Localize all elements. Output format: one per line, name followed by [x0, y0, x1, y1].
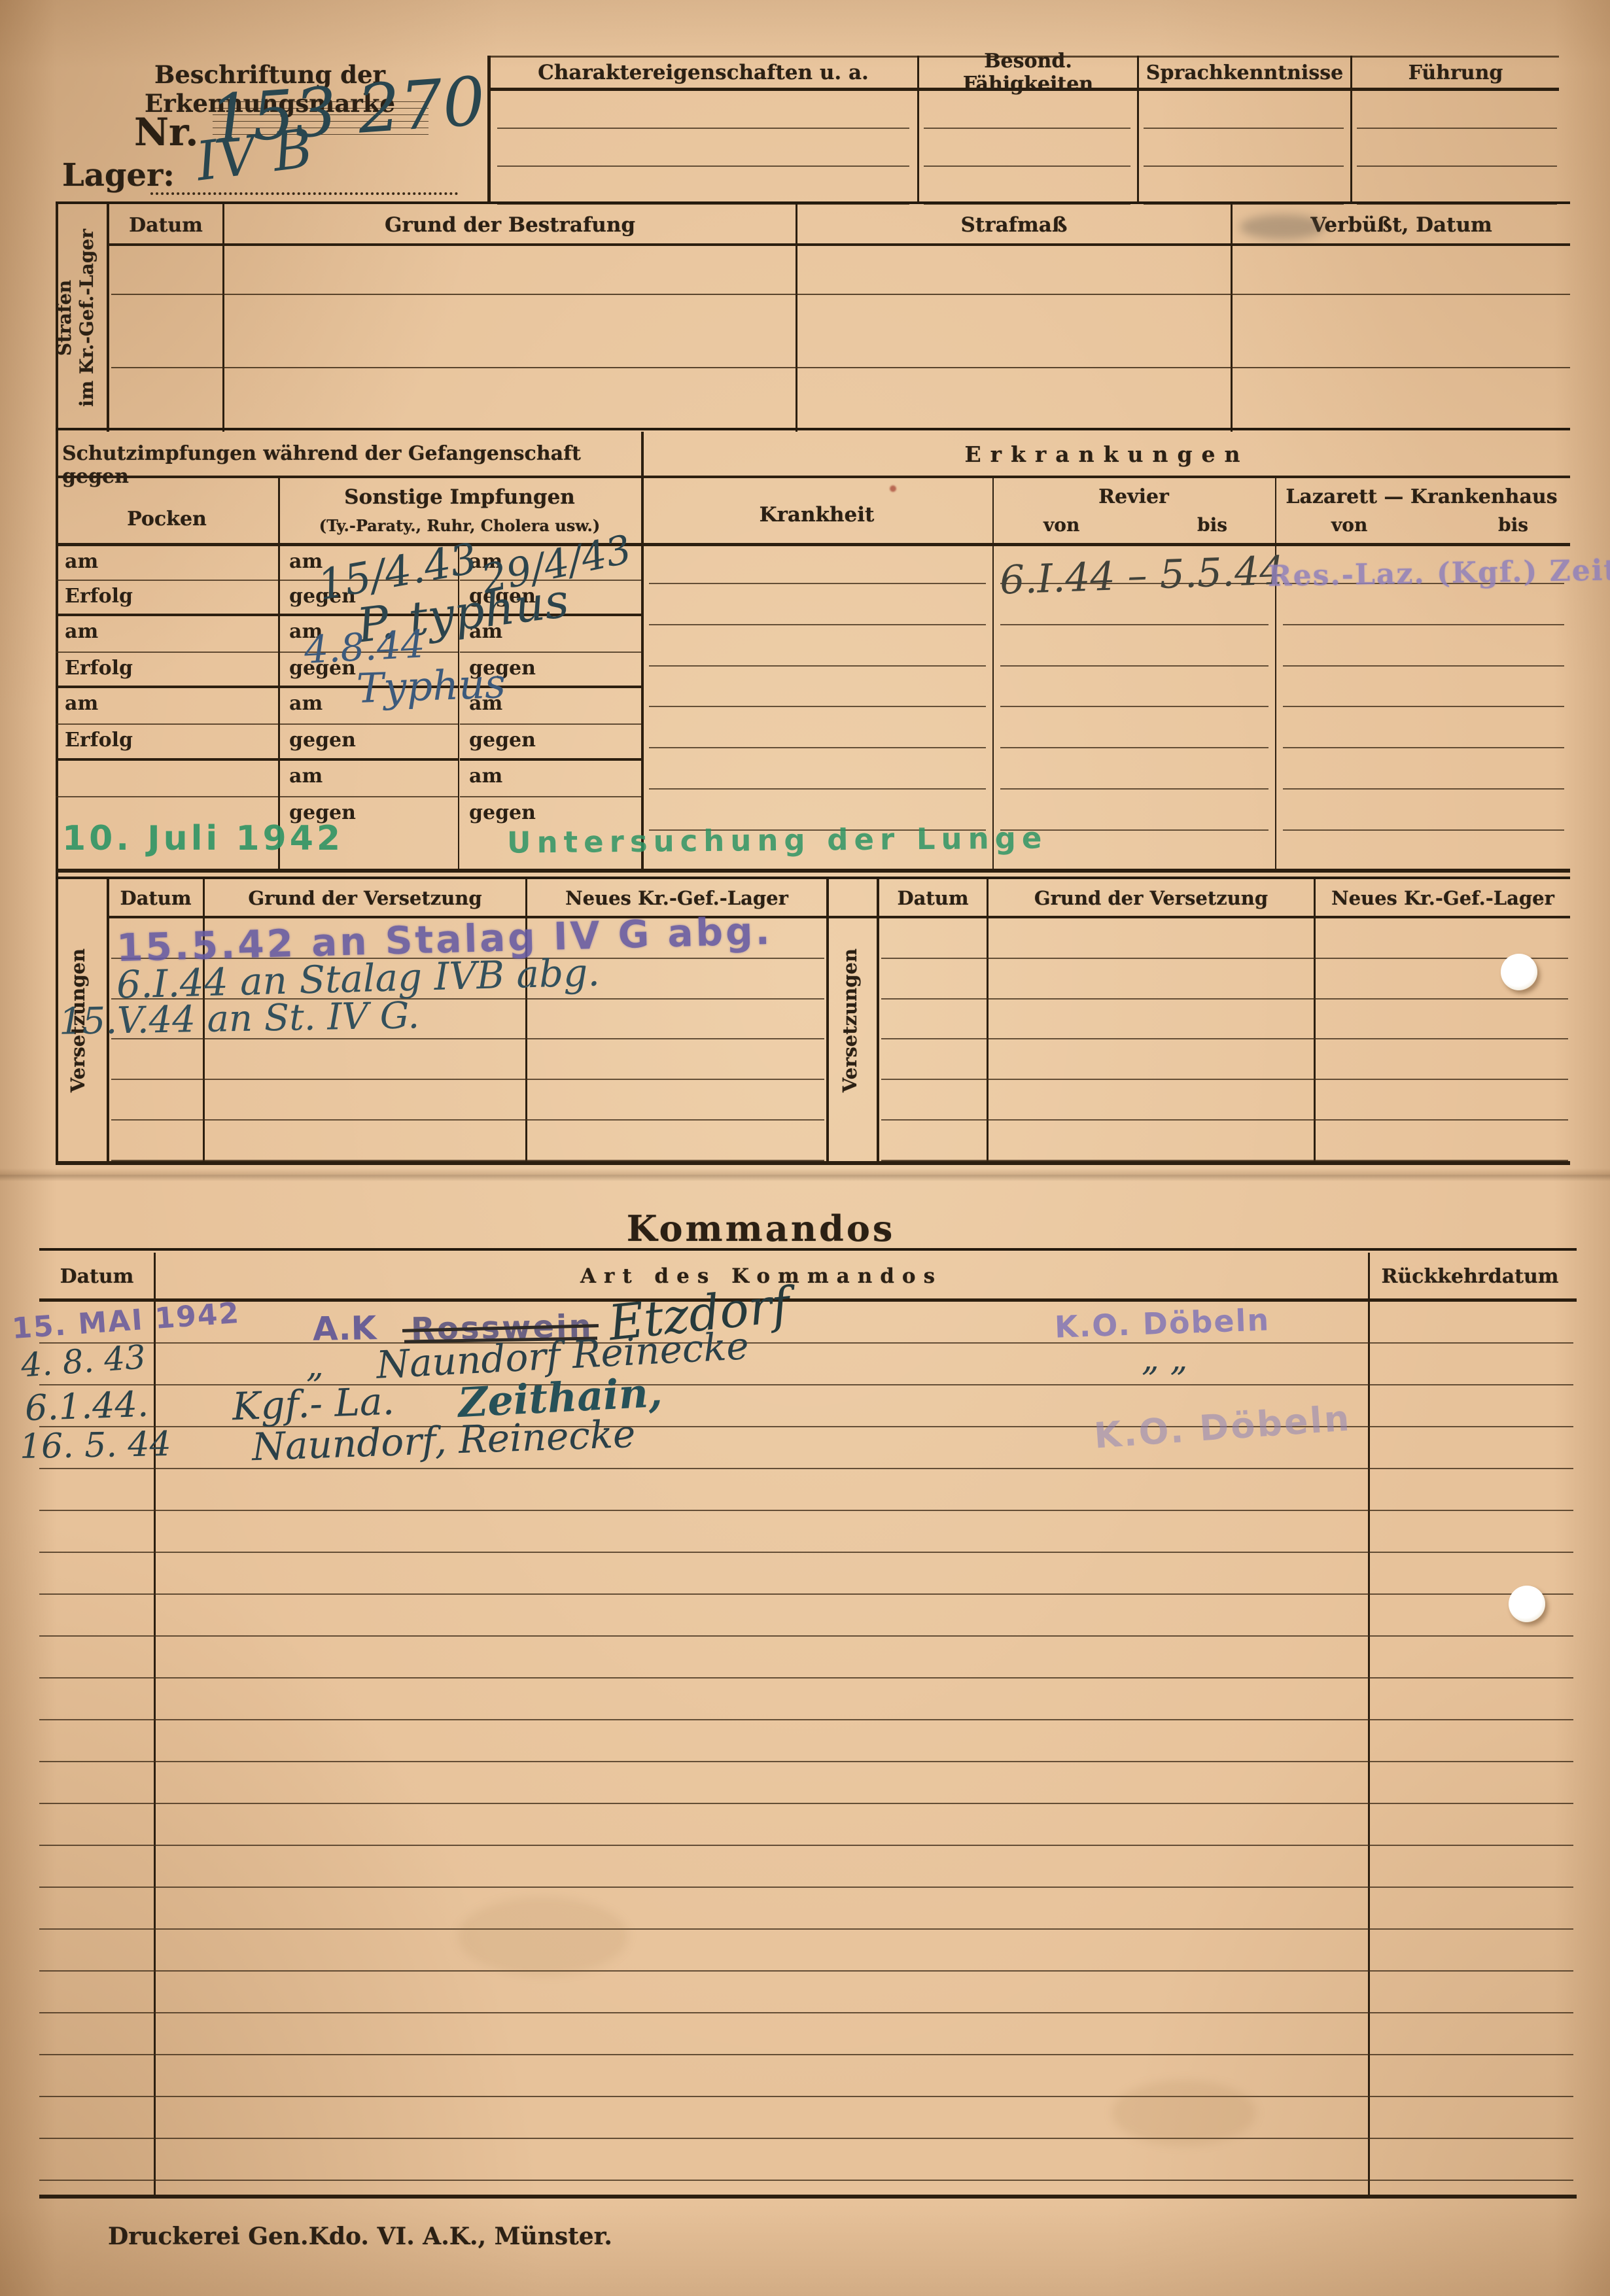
- traits-header-charakter: Charaktereigenschaften u. a.: [491, 58, 916, 88]
- pow-record-card: Beschriftung der Erkennungsmarke Nr. 153…: [0, 0, 1610, 2296]
- green-date-stamp: 10. Juli 1942: [62, 819, 343, 858]
- ruled-row: [111, 1080, 824, 1121]
- ruled-row: [497, 91, 909, 129]
- ruled-row: [497, 167, 909, 205]
- sonstige1-am-4: am: [280, 761, 458, 797]
- ruled-row: [111, 1121, 824, 1161]
- traits-rows-col4: [1357, 91, 1557, 205]
- ruled-row: [1283, 748, 1564, 790]
- kommando2-return-ditto: „ „: [1142, 1340, 1187, 1379]
- ruled-row: [1144, 91, 1344, 129]
- ruled-row: [39, 1762, 1573, 1804]
- ruled-row: [649, 543, 986, 584]
- ruled-row: [1283, 625, 1564, 667]
- pocken-erfolg-3: Erfolg: [56, 725, 278, 761]
- ruled-row: [39, 1595, 1573, 1637]
- kommandos-bottom-line: [39, 2195, 1577, 2199]
- pocken-empty-row: [56, 761, 278, 797]
- paper-stain: [1112, 2080, 1256, 2146]
- ruled-row: [881, 1080, 1568, 1121]
- revier-lazarett-divider: [1275, 478, 1276, 870]
- traits-header-sprachen: Sprachkenntnisse: [1139, 58, 1350, 88]
- versetzungen-top-line: [56, 877, 1570, 879]
- pocken-erfolg-1: Erfolg: [56, 581, 278, 616]
- versetz1-header-datum: Datum: [109, 883, 203, 913]
- strafen-header-strafmass: Strafmaß: [797, 208, 1231, 242]
- ruled-row: [39, 1679, 1573, 1720]
- ruled-row: [881, 1121, 1568, 1161]
- nr-label: Nr.: [134, 110, 198, 154]
- ruled-row: [1144, 129, 1344, 167]
- strafen-side-label-line2: im Kr.-Gef.-Lager: [76, 229, 97, 407]
- pocken-am-3: am: [56, 688, 278, 725]
- ruled-row: [881, 918, 1568, 959]
- ruled-row: [39, 1720, 1573, 1762]
- versetz2-rows: [881, 918, 1568, 1161]
- fold-crease: [0, 1168, 1610, 1181]
- revier-header: Revier: [994, 484, 1273, 509]
- versetz2-header-grund: Grund der Versetzung: [989, 883, 1314, 913]
- traits-rows-col2: [924, 91, 1130, 205]
- sonstige2-am-4: am: [460, 761, 641, 797]
- kommandos-top-line: [39, 1248, 1577, 1251]
- traits-rows-col1: [497, 91, 909, 205]
- ruled-row: [39, 1888, 1573, 1930]
- vacc-erkrankungen-divider: [641, 432, 644, 870]
- versetz-group-divider: [826, 879, 829, 1161]
- ruled-row: [1283, 707, 1564, 748]
- ruled-row: [39, 1804, 1573, 1846]
- lazarett-bis-label: bis: [1498, 514, 1528, 536]
- strafen-header-underline: [107, 243, 1570, 246]
- ruled-row: [497, 129, 909, 167]
- ruled-row: [39, 2139, 1573, 2181]
- ruled-row: [1283, 667, 1564, 708]
- ruled-row: [924, 167, 1130, 205]
- kommando3-date: 6.1.44.: [24, 1383, 149, 1429]
- kommandos-header-rueckkehr: Rückkehrdatum: [1370, 1260, 1570, 1293]
- versetzungen-side-label-2: Versetzungen: [839, 922, 865, 1119]
- erkrankungen-title: Erkrankungen: [644, 440, 1570, 468]
- ruled-row: [924, 129, 1130, 167]
- kommando4-date: 16. 5. 44: [19, 1425, 171, 1467]
- strafen-header-datum: Datum: [109, 208, 222, 242]
- printer-imprint: Druckerei Gen.Kdo. VI. A.K., Münster.: [108, 2223, 612, 2250]
- ruled-row: [1000, 707, 1269, 748]
- ruled-row: [649, 625, 986, 667]
- sonstige-subheader: (Ty.-Paraty., Ruhr, Cholera usw.): [280, 514, 639, 536]
- transfer-hw-row3: 15.V.44 an St. IV G.: [58, 994, 419, 1043]
- ruled-row: [881, 1039, 1568, 1080]
- traits-header-fuehrung: Führung: [1352, 58, 1559, 88]
- versetz1-header-grund: Grund der Versetzung: [205, 883, 525, 913]
- vacc-bottom-line: [56, 869, 1570, 873]
- pocken-header: Pocken: [58, 504, 276, 534]
- strafen-header-grund: Grund der Bestrafung: [224, 208, 796, 242]
- versetz2-strip-divider: [877, 879, 879, 1161]
- traits-rows-col3: [1144, 91, 1344, 205]
- ruled-row: [649, 667, 986, 708]
- pocken-am-2: am: [56, 616, 278, 653]
- ruled-row: [924, 91, 1130, 129]
- ink-smudge: [1240, 215, 1325, 239]
- ruled-row: [39, 1469, 1573, 1511]
- sonstige1-gegen-3: gegen: [280, 725, 458, 761]
- sonstige-header: Sonstige Impfungen: [280, 484, 639, 510]
- revier-bis-label: bis: [1197, 514, 1227, 536]
- ruled-row: [1357, 129, 1557, 167]
- strafen-side-label-line1: Strafen: [54, 280, 75, 356]
- ruled-row: [649, 748, 986, 790]
- versetz2-header-neues: Neues Kr.-Gef.-Lager: [1316, 883, 1570, 913]
- ruled-row: [39, 1302, 1573, 1344]
- ruled-row: [1000, 667, 1269, 708]
- ruled-row: [39, 1930, 1573, 1972]
- green-lung-exam-stamp: Untersuchung der Lunge: [507, 820, 1048, 860]
- versetz2-header-datum: Datum: [879, 883, 987, 913]
- ruled-row: [1283, 790, 1564, 831]
- ruled-row: [39, 1511, 1573, 1553]
- ruled-row: [881, 1000, 1568, 1040]
- lazarett-von-label: von: [1331, 514, 1367, 536]
- kommandos-header-datum: Datum: [41, 1260, 153, 1293]
- ruled-row: [649, 584, 986, 625]
- strafen-side-label: Strafen im Kr.-Gef.-Lager: [54, 207, 106, 429]
- traits-header-faehigkeiten: Besond. Fähigkeiten: [919, 58, 1137, 88]
- paper-stain: [458, 1897, 628, 1975]
- vacc-top-line: [56, 428, 1570, 430]
- revier-von-label: von: [1043, 514, 1079, 536]
- strafen-row-line-2: [111, 367, 1570, 368]
- ruled-row: [39, 1846, 1573, 1888]
- vacc-section-title: Schutzimpfungen während der Gefangenscha…: [62, 442, 638, 488]
- ruled-row: [39, 2055, 1573, 2097]
- ruled-row: [1357, 167, 1557, 205]
- paper-stain: [890, 485, 896, 492]
- ruled-row: [1357, 91, 1557, 129]
- hw-vacc-against-2: Typhus: [356, 659, 506, 712]
- pocken-erfolg-2: Erfolg: [56, 653, 278, 688]
- hole-punch-top: [1501, 954, 1537, 990]
- pocken-am-1: am: [56, 546, 278, 581]
- ruled-row: [39, 1972, 1573, 2013]
- ruled-row: [39, 1553, 1573, 1595]
- versetz1-header-neues: Neues Kr.-Gef.-Lager: [527, 883, 826, 913]
- ruled-row: [649, 707, 986, 748]
- ruled-row: [39, 2013, 1573, 2055]
- kommando1-return-stamp: K.O. Döbeln: [1054, 1302, 1270, 1344]
- zeithain-lazarett-stamp: Res.-Laz. (Kgf.) Zeithain: [1268, 552, 1610, 593]
- hole-punch-bottom: [1509, 1586, 1545, 1622]
- kommando1-ak-stamp: A.K: [313, 1309, 377, 1348]
- ruled-row: [39, 1344, 1573, 1385]
- krankheit-header: Krankheit: [643, 500, 990, 529]
- kommando2-ditto: „: [306, 1346, 324, 1385]
- strafen-top-line: [56, 201, 1570, 204]
- ruled-row: [39, 1637, 1573, 1679]
- kommandos-title: Kommandos: [499, 1209, 1023, 1248]
- sonstige2-gegen-3: gegen: [460, 725, 641, 761]
- ruled-row: [1000, 748, 1269, 790]
- ruled-row: [881, 959, 1568, 1000]
- ruled-row: [1144, 167, 1344, 205]
- ruled-row: [1000, 625, 1269, 667]
- ruled-row: [111, 1039, 824, 1080]
- lazarett-header: Lazarett — Krankenhaus: [1278, 484, 1566, 509]
- krankheit-revier-divider: [992, 478, 994, 870]
- krankheit-rows: [649, 543, 986, 831]
- strafen-row-line-1: [111, 294, 1570, 295]
- versetzungen-bottom-line: [56, 1161, 1570, 1165]
- ruled-row: [39, 2097, 1573, 2139]
